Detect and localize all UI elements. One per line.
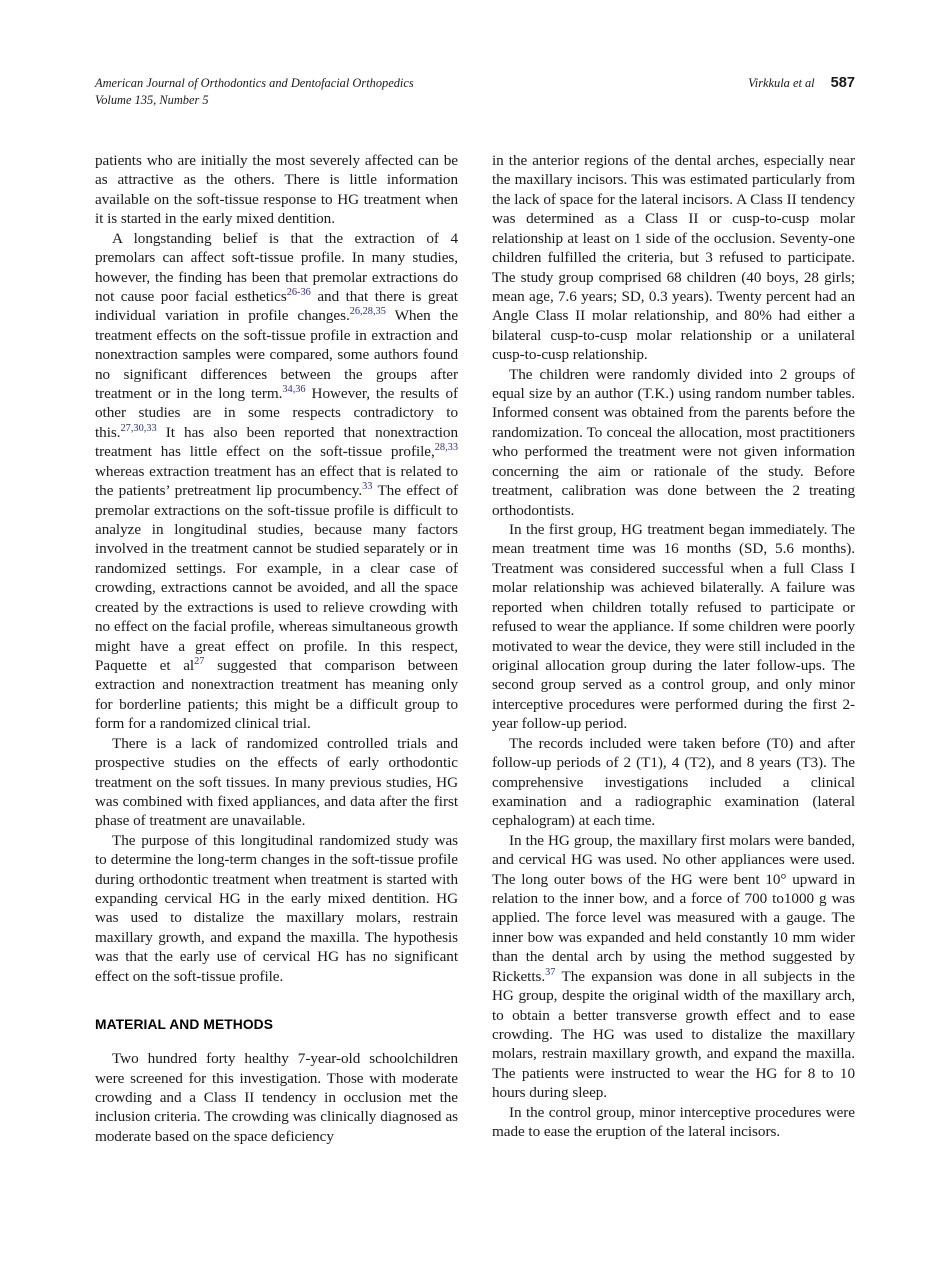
paragraph: The children were randomly divided into … — [492, 365, 855, 520]
reference-link[interactable]: 26,28,35 — [350, 306, 386, 317]
paragraph: In the first group, HG treatment began i… — [492, 520, 855, 734]
reference-link[interactable]: 27 — [194, 656, 204, 667]
left-column: patients who are initially the most seve… — [95, 151, 458, 1146]
paragraph: Two hundred forty healthy 7-year-old sch… — [95, 1049, 458, 1146]
reference-link[interactable]: 26-36 — [287, 287, 311, 298]
running-authors: Virkkula et al — [748, 76, 815, 91]
article-body: patients who are initially the most seve… — [95, 151, 855, 1146]
paragraph: The records included were taken before (… — [492, 734, 855, 831]
section-heading: MATERIAL AND METHODS — [95, 1017, 458, 1032]
journal-name: American Journal of Orthodontics and Den… — [95, 75, 414, 92]
journal-citation: American Journal of Orthodontics and Den… — [95, 75, 414, 108]
volume-number: Volume 135, Number 5 — [95, 92, 414, 109]
reference-link[interactable]: 34,36 — [282, 384, 305, 395]
paragraph: patients who are initially the most seve… — [95, 151, 458, 229]
paragraph: in the anterior regions of the dental ar… — [492, 151, 855, 365]
paragraph: There is a lack of randomized controlled… — [95, 734, 458, 831]
reference-link[interactable]: 33 — [362, 481, 372, 492]
paragraph: In the HG group, the maxillary first mol… — [492, 831, 855, 1103]
reference-link[interactable]: 37 — [545, 967, 555, 978]
journal-page: American Journal of Orthodontics and Den… — [0, 0, 950, 1272]
reference-link[interactable]: 28,33 — [435, 442, 458, 453]
paragraph: The purpose of this longitudinal randomi… — [95, 831, 458, 986]
reference-link[interactable]: 27,30,33 — [121, 423, 157, 434]
right-column: in the anterior regions of the dental ar… — [492, 151, 855, 1146]
paragraph: In the control group, minor interceptive… — [492, 1103, 855, 1142]
paragraph: A longstanding belief is that the extrac… — [95, 229, 458, 734]
page-number: 587 — [831, 75, 855, 91]
running-head: American Journal of Orthodontics and Den… — [95, 75, 855, 108]
author-folio: Virkkula et al 587 — [748, 75, 855, 91]
